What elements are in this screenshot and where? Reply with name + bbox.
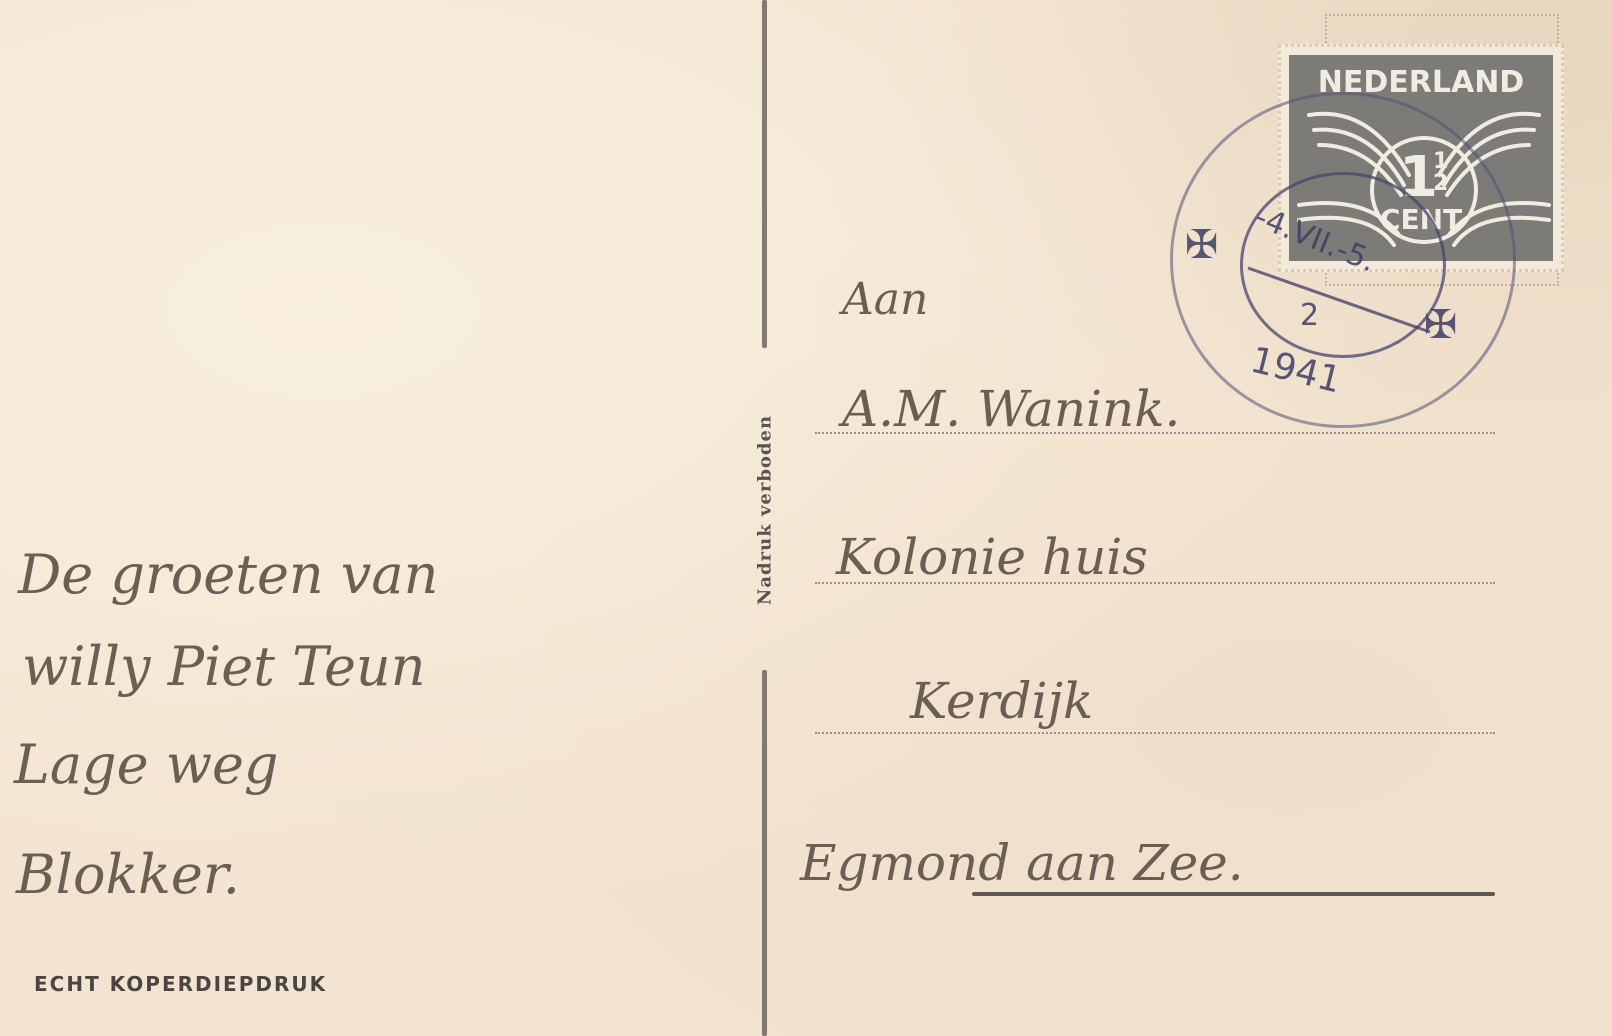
postmark-cancel-bar [1240, 260, 1440, 340]
address-salutation: Aan [842, 278, 928, 322]
message-line-4: Blokker. [16, 848, 240, 902]
postcard-back: De groeten van willy Piet Teun Lage weg … [0, 0, 1612, 1036]
divider-caption: Nadruk verboden [745, 380, 785, 640]
postmark-cross-right-icon: ✠ [1424, 302, 1458, 348]
divider-caption-text: Nadruk verboden [755, 415, 776, 605]
divider-line-bottom [762, 670, 767, 1036]
address-line-name: A.M. Wanink. [842, 384, 1180, 434]
address-line-street: Kerdijk [910, 676, 1093, 726]
postmark-cross-left-icon: ✠ [1185, 222, 1219, 268]
message-line-1: De groeten van [18, 548, 438, 602]
address-line-institution: Kolonie huis [836, 532, 1148, 582]
address-dotted-line-3 [815, 732, 1495, 734]
message-line-2: willy Piet Teun [22, 640, 425, 694]
address-line-city: Egmond aan Zee. [800, 838, 1244, 888]
postmark-number: 2 [1300, 298, 1319, 333]
address-city-underline [972, 892, 1495, 896]
message-line-3: Lage weg [14, 738, 279, 792]
address-dotted-line-1 [815, 432, 1495, 434]
address-dotted-line-2 [815, 582, 1495, 584]
divider-line-top [762, 0, 767, 348]
printer-imprint: ECHT KOPERDIEPDRUK [34, 972, 327, 996]
